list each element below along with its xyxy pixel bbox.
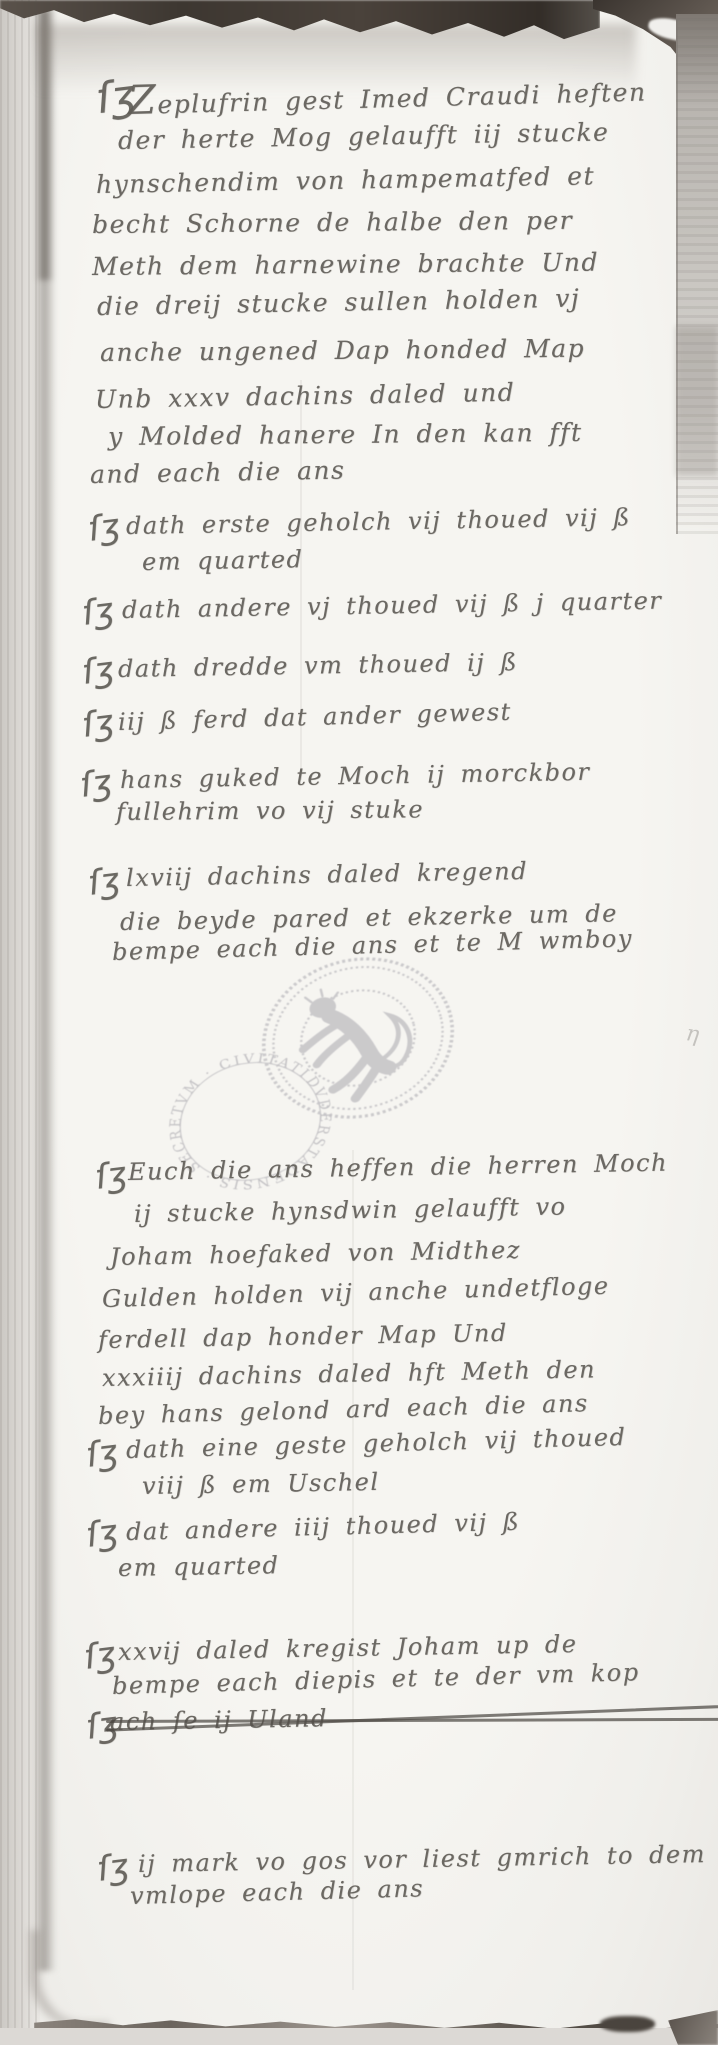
handwriting-line: viij ß em Uschel bbox=[142, 1468, 380, 1500]
entry-marker: ſʒ bbox=[78, 762, 114, 806]
page-stack-shadow bbox=[676, 326, 718, 476]
entry-marker: ſʒ bbox=[84, 1432, 120, 1476]
handwriting-line: becht Schorne de halbe den per bbox=[92, 206, 573, 239]
handwriting-line: em quarted bbox=[118, 1551, 280, 1582]
entry-marker: ſʒ bbox=[93, 1154, 129, 1198]
entry-marker: ſʒ bbox=[80, 702, 116, 746]
handwriting-line: Meth dem harnewine brachte Und bbox=[92, 248, 599, 281]
handwriting-line: em quarted bbox=[142, 545, 304, 576]
city-seal-stamp: DVDERSTADENSIS · SECRETVM · CIVITATIS bbox=[258, 952, 462, 1124]
entry-marker: ſʒ bbox=[86, 506, 122, 550]
entry-marker: ſʒ bbox=[80, 649, 116, 693]
entry-marker: ſʒ bbox=[95, 1846, 131, 1890]
manuscript-scan: DVDERSTADENSIS · SECRETVM · CIVITATIS ſʒ… bbox=[0, 0, 718, 2045]
entry-marker: ſʒ bbox=[80, 590, 116, 634]
handwriting-line: y Molded hanere In den kan fft bbox=[108, 418, 583, 451]
gutter-crease-shadow bbox=[34, 6, 56, 1971]
handwriting-line: and each die ans bbox=[90, 456, 346, 489]
bottom-edge-stain bbox=[600, 2016, 655, 2032]
entry-marker: ſʒ bbox=[86, 860, 122, 904]
entry-marker: ſʒ bbox=[84, 1512, 120, 1556]
handwriting-line: anche ungened Dap honded Map bbox=[100, 334, 585, 367]
handwriting-line: fullehrim vo vij stuke bbox=[116, 795, 424, 826]
seal-graphic: DVDERSTADENSIS · SECRETVM · CIVITATIS bbox=[258, 952, 462, 1124]
